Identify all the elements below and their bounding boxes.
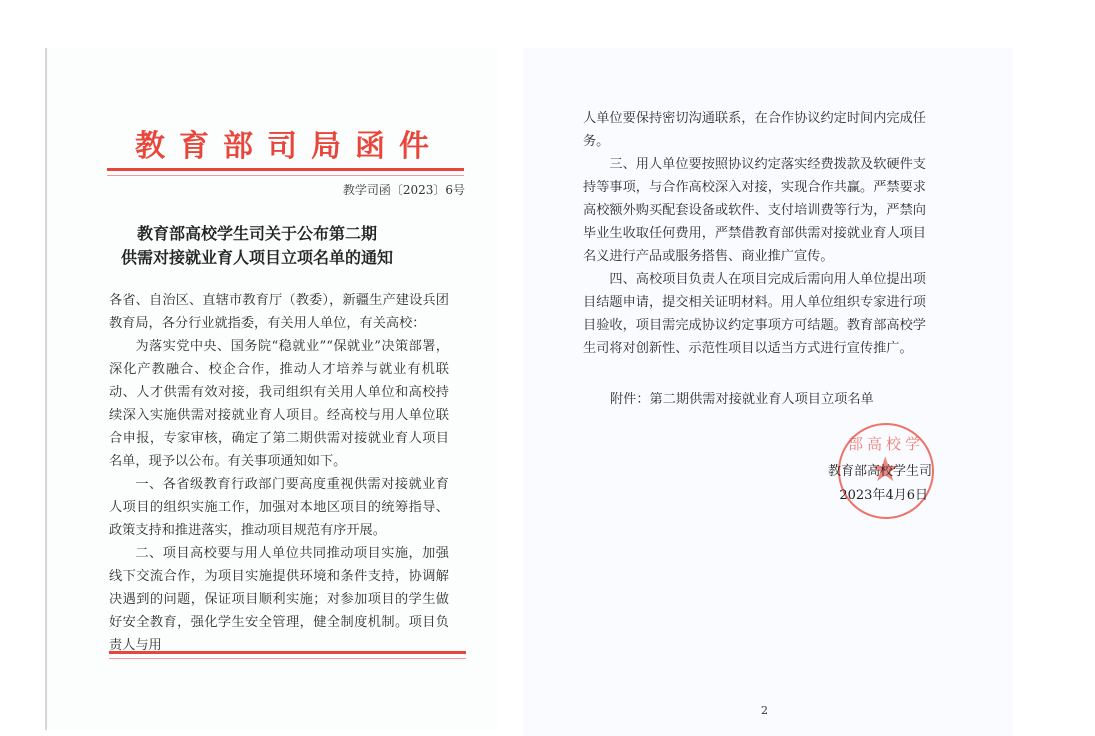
paragraph-item-4: 四、高校项目负责人在项目完成后需向用人单位提出项目结题申请，提交相关证明材料。用… xyxy=(583,268,926,360)
page-number: 2 xyxy=(761,704,768,717)
masthead-title: 教育部司局函件 xyxy=(135,121,425,165)
footer-red-rule xyxy=(109,651,466,659)
paragraph-item-2-continued: 人单位要保持密切沟通联系，在合作协议约定时间内完成任务。 xyxy=(583,107,926,153)
left-body-text: 各省、自治区、直辖市教育厅（教委），新疆生产建设兵团教育局，各分行业就指委，有关… xyxy=(109,289,449,657)
page-2: 人单位要保持密切沟通联系，在合作协议约定时间内完成任务。 三、用人单位要按照协议… xyxy=(523,48,1013,736)
signature-date: 2023年4月6日 xyxy=(828,484,928,508)
masthead-red-rule xyxy=(107,168,464,176)
paragraph-item-2: 二、项目高校要与用人单位共同推动项目实施，加强线下交流合作，为项目实施提供环境和… xyxy=(109,542,449,657)
addressee: 各省、自治区、直辖市教育厅（教委），新疆生产建设兵团教育局，各分行业就指委，有关… xyxy=(109,289,449,335)
paragraph-item-3: 三、用人单位要按照协议约定落实经费拨款及软硬件支持等事项，与合作高校深入对接，实… xyxy=(583,153,926,268)
title-line-1: 教育部高校学生司关于公布第二期 xyxy=(77,222,437,246)
signature-organization: 教育部高校学生司 xyxy=(828,460,928,484)
page-1: 教育部司局函件 教学司函〔2023〕6号 教育部高校学生司关于公布第二期 供需对… xyxy=(45,48,497,730)
document-viewer: 教育部司局函件 教学司函〔2023〕6号 教育部高校学生司关于公布第二期 供需对… xyxy=(0,0,1095,736)
right-body-text: 人单位要保持密切沟通联系，在合作协议约定时间内完成任务。 三、用人单位要按照协议… xyxy=(583,107,926,360)
document-title: 教育部高校学生司关于公布第二期 供需对接就业育人项目立项名单的通知 xyxy=(77,222,437,270)
document-number: 教学司函〔2023〕6号 xyxy=(343,181,465,198)
title-line-2: 供需对接就业育人项目立项名单的通知 xyxy=(77,246,437,270)
signature-block: 教育部高校学生司 2023年4月6日 xyxy=(828,460,928,508)
attachment-line: 附件：第二期供需对接就业育人项目立项名单 xyxy=(610,388,874,407)
paragraph-intro: 为落实党中央、国务院“稳就业”“保就业”决策部署，深化产教融合、校企合作，推动人… xyxy=(109,335,449,473)
paragraph-item-1: 一、各省级教育行政部门要高度重视供需对接就业育人项目的组织实施工作，加强对本地区… xyxy=(109,473,449,542)
